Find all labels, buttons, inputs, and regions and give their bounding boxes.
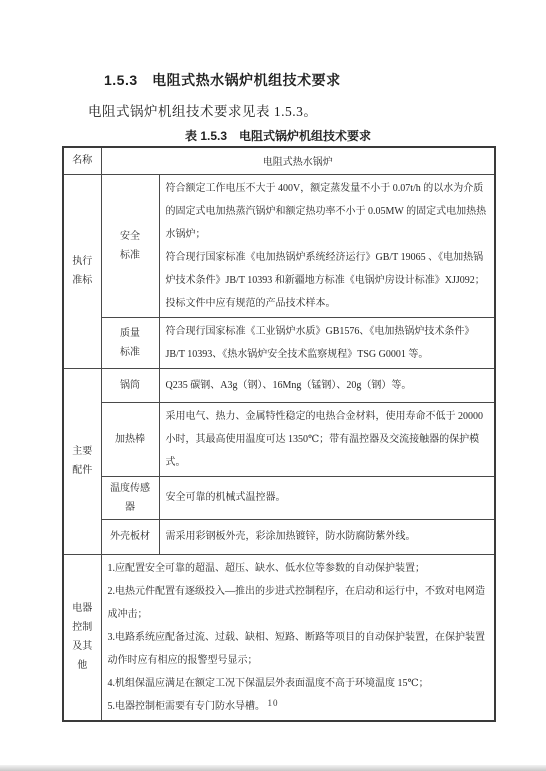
- group-label-electric-control: 电器 控制 及其 他: [63, 554, 101, 721]
- table-cell-text: 需采用彩钢板外壳，彩涂加热镀锌，防水防腐防紫外线。: [166, 525, 489, 548]
- table-row-heating-rod: 加热棒 采用电气、热力、金属特性稳定的电热合金材料，使用寿命不低于 20000 …: [63, 402, 495, 476]
- cell-electric-control: 1.应配置安全可靠的超温、超压、缺水、低水位等参数的自动保护装置； 2.电热元件…: [101, 554, 495, 721]
- cell-safety-standard: 符合额定工作电压不大于 400V，额定蒸发量不小于 0.07t/h 的以水为介质…: [159, 174, 495, 317]
- table-row-shell-plate: 外壳板材 需采用彩钢板外壳，彩涂加热镀锌，防水防腐防紫外线。: [63, 519, 495, 554]
- cell-name-value: 电阻式热水锅炉: [101, 147, 495, 174]
- table-row-quality-standard: 质量 标准 符合现行国家标准《工业锅炉水质》GB1576、《电加热锅炉技术条件》…: [63, 317, 495, 368]
- table-row-name: 名称 电阻式热水锅炉: [63, 147, 495, 174]
- table-cell-text: 投标文件中应有规范的产品技术样本。: [166, 292, 489, 315]
- row-label-heating-rod: 加热棒: [101, 402, 159, 476]
- table-row-temperature-sensor: 温度传感 器 安全可靠的机械式温控器。: [63, 476, 495, 519]
- table-cell-text: 采用电气、热力、金属特性稳定的电热合金材料，使用寿命不低于 20000 小时，其…: [166, 405, 489, 474]
- cell-temperature-sensor: 安全可靠的机械式温控器。: [159, 476, 495, 519]
- table-row-safety-standard: 执行 准标 安全 标准 符合额定工作电压不大于 400V，额定蒸发量不小于 0.…: [63, 174, 495, 317]
- cell-heating-rod: 采用电气、热力、金属特性稳定的电热合金材料，使用寿命不低于 20000 小时，其…: [159, 402, 495, 476]
- table-cell-text: 1.应配置安全可靠的超温、超压、缺水、低水位等参数的自动保护装置；: [108, 557, 489, 580]
- row-label-boiler-drum: 锅筒: [101, 368, 159, 402]
- table-cell-text: 4.机组保温应满足在额定工况下保温层外表面温度不高于环境温度 15℃；: [108, 672, 489, 695]
- table-row-boiler-drum: 主要 配件 锅筒 Q235 碳钢、A3g（钢）、16Mng（锰钢）、20g（钢）…: [63, 368, 495, 402]
- table-cell-text: 安全可靠的机械式温控器。: [166, 486, 489, 509]
- group-label-main-parts: 主要 配件: [63, 368, 101, 554]
- row-label-quality-standard: 质量 标准: [101, 317, 159, 368]
- table-cell-text: Q235 碳钢、A3g（钢）、16Mng（锰钢）、20g（钢）等。: [166, 374, 489, 397]
- section-heading: 1.5.3 电阻式热水锅炉机组技术要求: [104, 72, 341, 89]
- group-label-exec-standard: 执行 准标: [63, 174, 101, 368]
- page-number: 10: [0, 698, 546, 708]
- table-caption: 表 1.5.3 电阻式锅炉机组技术要求: [62, 129, 494, 143]
- table-cell-text: 符合现行国家标准《电加热锅炉系统经济运行》GB/T 19065 、《电加热锅炉技…: [166, 246, 489, 292]
- row-label-temperature-sensor: 温度传感 器: [101, 476, 159, 519]
- row-label-safety-standard: 安全 标准: [101, 174, 159, 317]
- spec-table: 名称 电阻式热水锅炉 执行 准标 安全 标准 符合额定工作电压不大于 400V，…: [62, 146, 496, 722]
- table-cell-text: 符合额定工作电压不大于 400V，额定蒸发量不小于 0.07t/h 的以水为介质…: [166, 177, 489, 246]
- table-row-electric-control: 电器 控制 及其 他 1.应配置安全可靠的超温、超压、缺水、低水位等参数的自动保…: [63, 554, 495, 721]
- cell-quality-standard: 符合现行国家标准《工业锅炉水质》GB1576、《电加热锅炉技术条件》JB/T 1…: [159, 317, 495, 368]
- row-label-shell-plate: 外壳板材: [101, 519, 159, 554]
- cell-shell-plate: 需采用彩钢板外壳，彩涂加热镀锌，防水防腐防紫外线。: [159, 519, 495, 554]
- page-edge: [0, 765, 546, 771]
- document-page: 1.5.3 电阻式热水锅炉机组技术要求 电阻式锅炉机组技术要求见表 1.5.3。…: [0, 0, 546, 771]
- table-cell-text: 符合现行国家标准《工业锅炉水质》GB1576、《电加热锅炉技术条件》JB/T 1…: [166, 320, 489, 366]
- table-cell-text: 2.电热元件配置有逐级投入—推出的步进式控制程序，在启动和运行中，不致对电网造成…: [108, 580, 489, 626]
- table-cell-text: 3.电路系统应配备过流、过载、缺相、短路、断路等项目的自动保护装置，在保护装置动…: [108, 626, 489, 672]
- intro-paragraph: 电阻式锅炉机组技术要求见表 1.5.3。: [88, 103, 317, 120]
- row-label-name: 名称: [63, 147, 101, 174]
- cell-boiler-drum: Q235 碳钢、A3g（钢）、16Mng（锰钢）、20g（钢）等。: [159, 368, 495, 402]
